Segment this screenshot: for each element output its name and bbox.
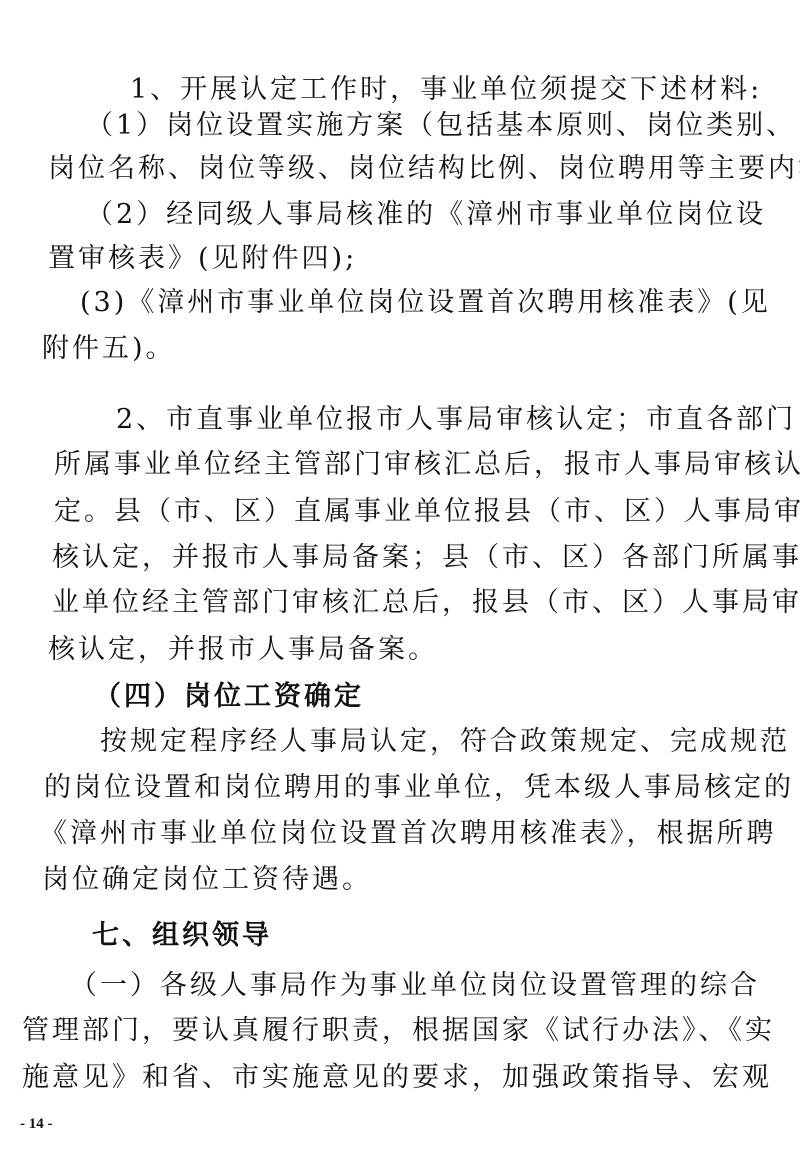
text-line: 1、开展认定工作时，事业单位须提交下述材料: (130, 74, 762, 106)
text-line: 施意见》和省、市实施意见的要求，加强政策指导、宏观 (22, 1062, 772, 1094)
text-line: 岗位确定岗位工资待遇。 (42, 864, 372, 896)
text-line: 管理部门，要认真履行职责，根据国家《试行办法》、《实 (22, 1015, 775, 1047)
text-line: (3)《漳州市事业单位岗位设置首次聘用核准表》(见 (80, 287, 771, 319)
text-line: （一）各级人事局作为事业单位岗位设置管理的综合 (70, 970, 760, 1002)
text-line: 岗位名称、岗位等级、岗位结构比例、岗位聘用等主要内容); (48, 153, 800, 185)
text-line: 定。县（市、区）直属事业单位报县（市、区）人事局审 (54, 496, 800, 528)
text-line: 所属事业单位经主管部门审核汇总后，报市人事局审核认 (54, 449, 800, 481)
text-line: 核认定，并报市人事局备案；县（市、区）各部门所属事 (52, 542, 800, 574)
text-line: 核认定，并报市人事局备案。 (48, 634, 438, 666)
text-line: 业单位经主管部门审核汇总后，报县（市、区）人事局审 (52, 587, 800, 619)
text-line: （1）岗位设置实施方案（包括基本原则、岗位类别、 (86, 110, 796, 142)
section-heading-organization: 七、组织领导 (92, 920, 272, 952)
page-number: - 14 - (20, 1116, 53, 1133)
text-line: 按规定程序经人事局认定，符合政策规定、完成规范 (100, 726, 790, 758)
text-line: 置审核表》(见附件四); (48, 243, 357, 275)
text-line: 的岗位设置和岗位聘用的事业单位，凭本级人事局核定的 (44, 772, 794, 804)
section-heading-wage: （四）岗位工资确定 (94, 681, 364, 713)
text-line: 2、市直事业单位报市人事局审核认定；市直各部门 (116, 404, 796, 436)
text-line: 《漳州市事业单位岗位设置首次聘用核准表》，根据所聘 (40, 818, 777, 850)
text-line: （2）经同级人事局核准的《漳州市事业单位岗位设 (86, 199, 766, 231)
text-line: 附件五)。 (42, 333, 176, 365)
